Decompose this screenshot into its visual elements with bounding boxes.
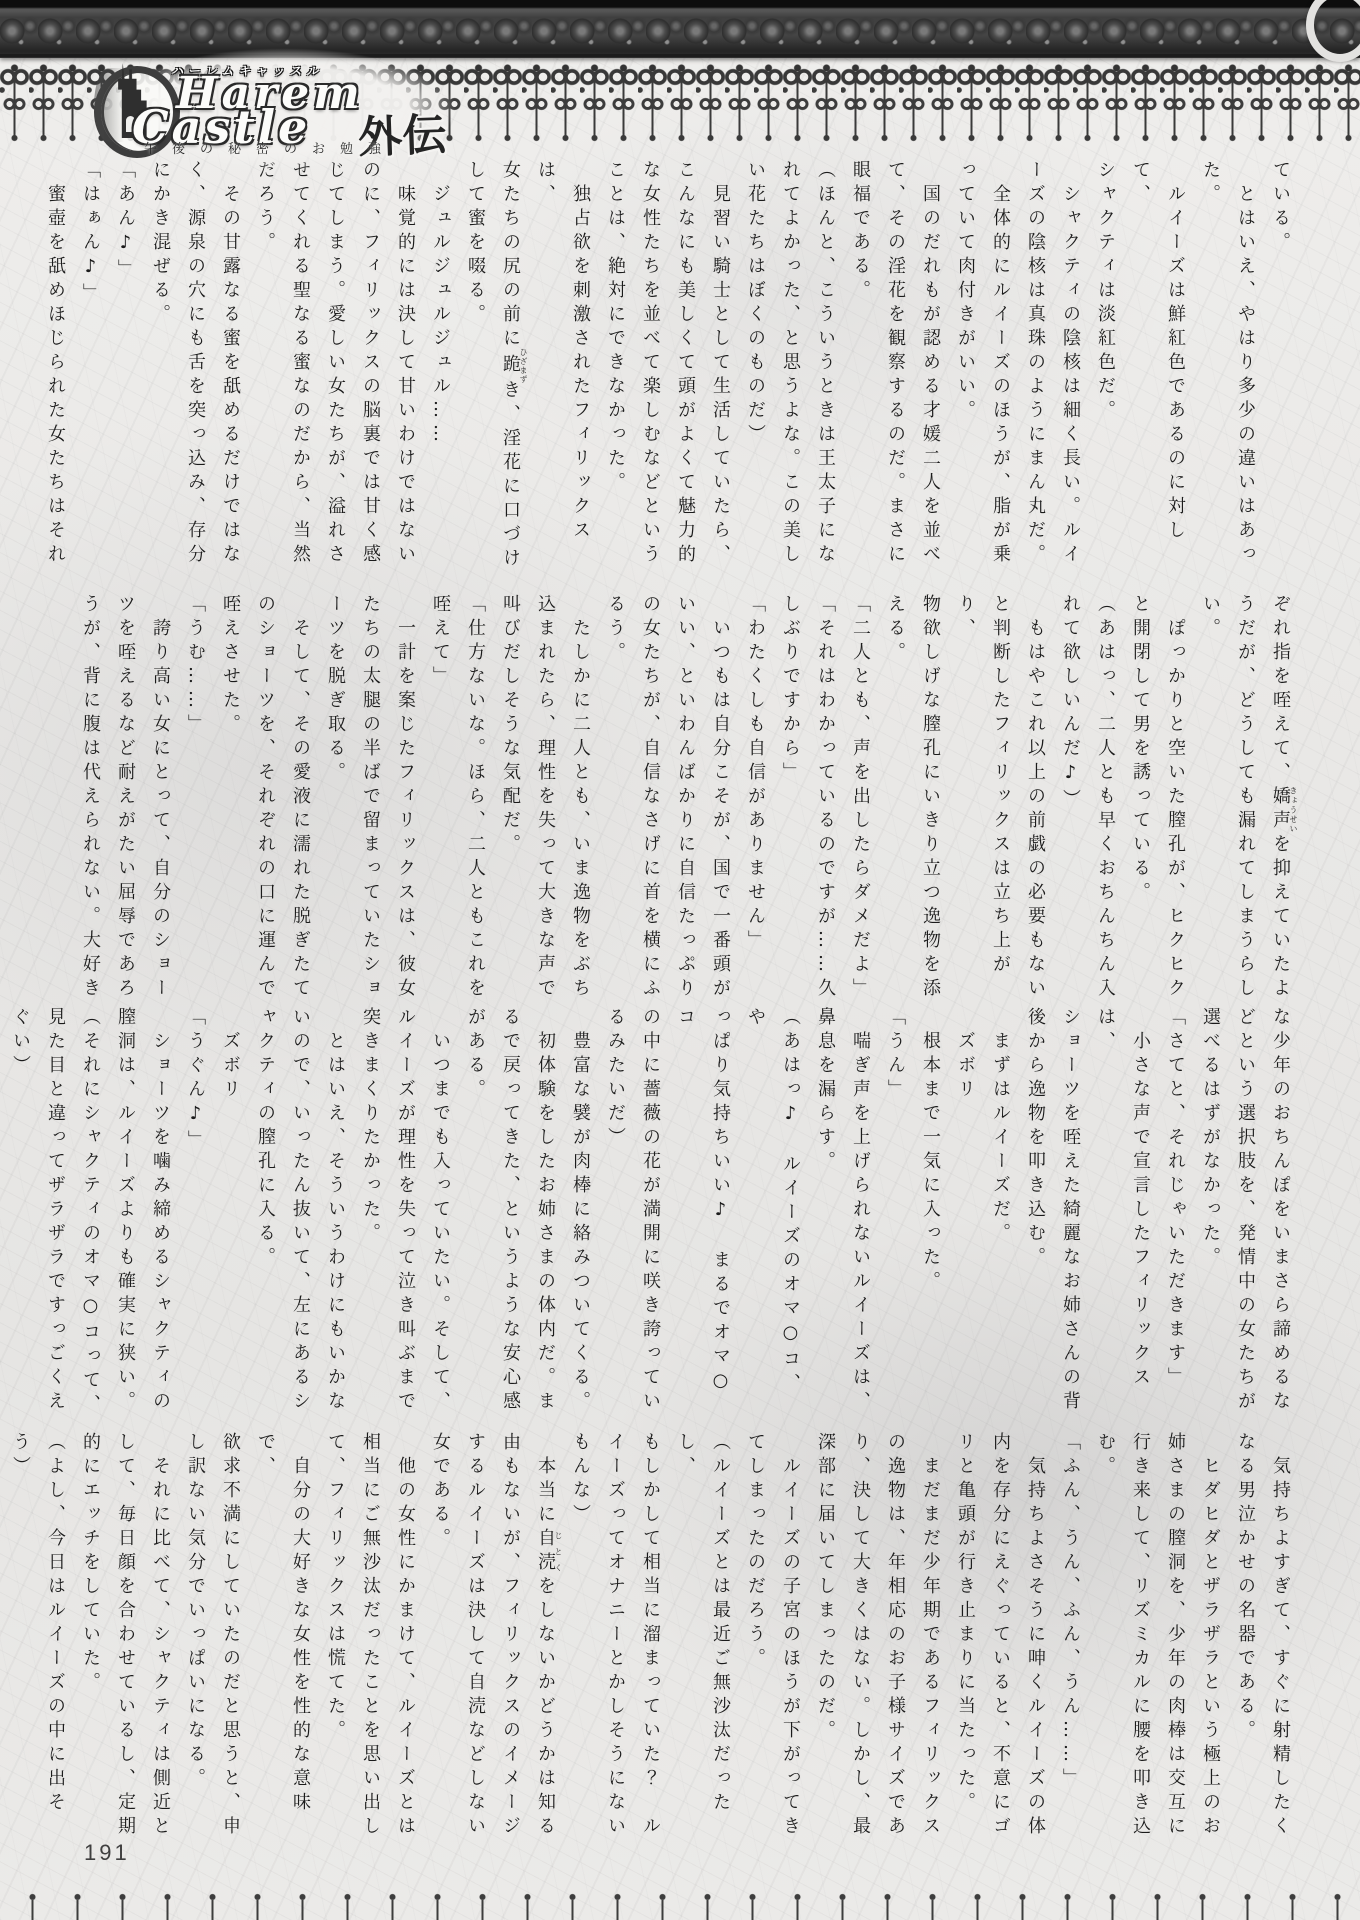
bottom-pin-stems bbox=[10, 1900, 1360, 1920]
text-band-3: な少年のおちんぽをいまさら諦めるな どという選択肢を、発情中の女たちが 選べるは… bbox=[84, 1007, 1298, 1419]
bottom-border-pins bbox=[10, 1892, 1360, 1920]
logo-subtitle: 午後の秘密のお勉強 bbox=[144, 138, 474, 157]
text-band-1: ている。 とはいえ、やはり多少の違いはあっ た。 ルイーズは鮮紅色であるのに対し… bbox=[84, 160, 1298, 572]
text-band-2: ぞれ指を咥えて、嬌声きょうせいを抑えていたよ うだが、どうしても漏れてしまうらし… bbox=[84, 594, 1298, 1006]
text-band-4: 気持ちよすぎて、すぐに射精したく なる男泣かせの名器である。 ヒダヒダとザラザラ… bbox=[84, 1432, 1298, 1844]
series-logo: ハーレムキャッスル Harem Castle 外伝 午後の秘密のお勉強 bbox=[84, 44, 484, 174]
novel-page: ハーレムキャッスル Harem Castle 外伝 午後の秘密のお勉強 ている。… bbox=[0, 0, 1360, 1920]
